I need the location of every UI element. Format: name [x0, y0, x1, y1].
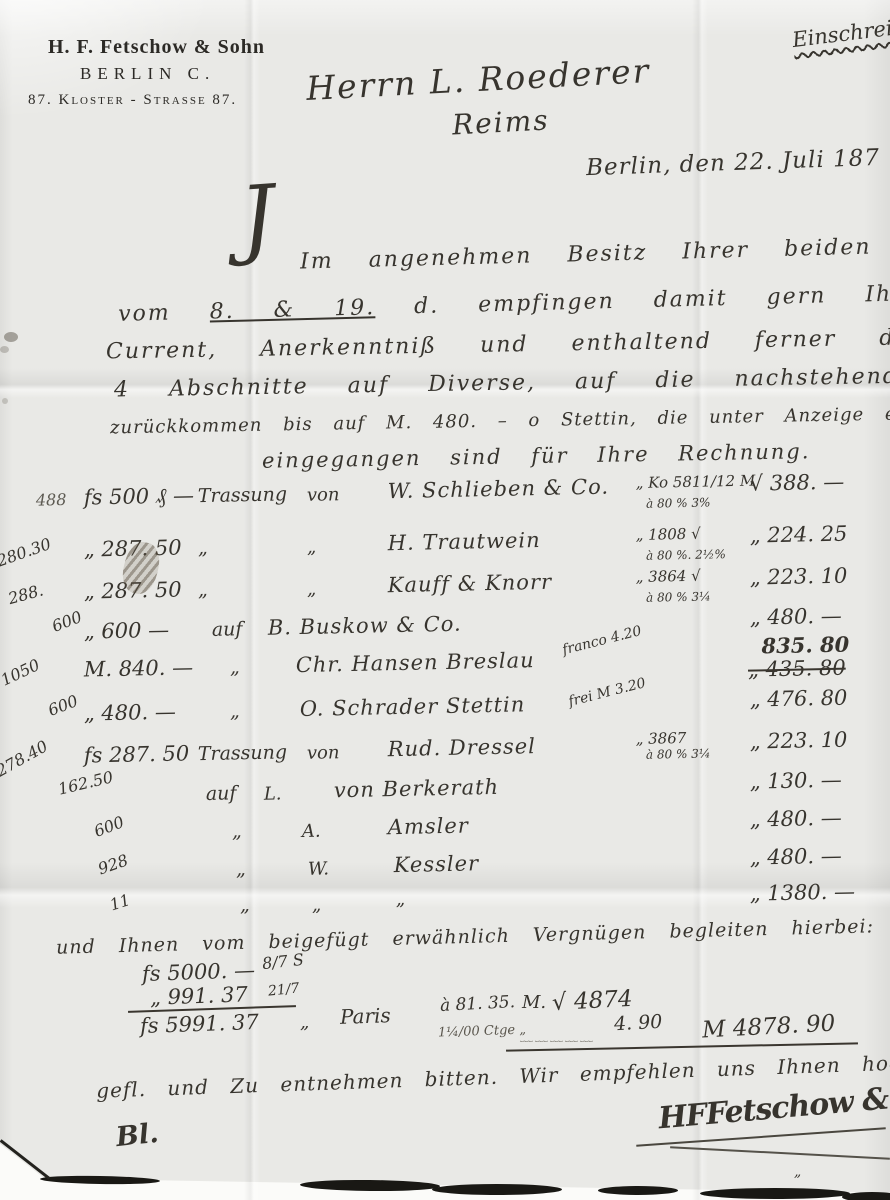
letterhead-city: BERLIN C. — [80, 64, 215, 84]
ledger-von: „ — [307, 537, 317, 558]
ledger-name: Kessler — [394, 851, 480, 877]
ledger-ref: „ 3864 √ — [635, 567, 700, 586]
calc-separator: „ — [300, 1012, 309, 1033]
ledger-margin: 488 — [36, 490, 67, 510]
ledger-kind: auf — [206, 782, 237, 805]
ledger-von: W. — [308, 858, 330, 879]
body-line-2-dates: 8. & 19. — [209, 295, 375, 324]
ledger-value: „ 480. — — [749, 844, 841, 870]
clerk-initials: Bl. — [114, 1118, 159, 1153]
scanned-letter: H. F. Fetschow & Sohn BERLIN C. 87. Klos… — [0, 0, 890, 1200]
ledger-name: „ — [396, 889, 407, 910]
calc-fee-label: 1¼/00 Ctge „ — [438, 1022, 526, 1040]
stain-left-3 — [2, 398, 8, 404]
ledger-value: „ 224. 25 — [749, 522, 847, 548]
bottom-edge-shadow — [598, 1186, 678, 1195]
ledger-kind: „ — [230, 700, 240, 722]
ledger-ref: „ 1808 √ — [635, 525, 700, 544]
calc-place: Paris — [340, 1003, 392, 1029]
ledger-value: „ 480. — — [749, 806, 841, 832]
ledger-value: „ 1380. — — [749, 879, 855, 905]
letterhead-street: 87. Kloster - Strasse 87. — [28, 92, 237, 109]
calc-total: fs 5991. 37 — [140, 1010, 260, 1038]
ledger-value: „ 130. — — [749, 768, 841, 794]
ledger-von: „ — [312, 895, 322, 916]
stain-left-1 — [4, 332, 18, 342]
edge-tick: „ — [794, 1164, 801, 1180]
ledger-kind: „ — [240, 894, 250, 916]
ledger-amount: fs 287. 50 — [84, 741, 190, 767]
stain-left-2 — [0, 346, 9, 353]
ledger-value: √ 388. — — [749, 470, 844, 496]
ledger-ref-note: à 80 %. 2½% — [646, 547, 726, 563]
ledger-margin: 280.30 — [0, 534, 53, 570]
bottom-edge-shadow — [300, 1179, 440, 1191]
body-line-2-pre: vom — [118, 300, 210, 327]
ledger-von: „ — [307, 579, 317, 600]
recipient-city: Reims — [451, 103, 550, 141]
letterhead-company: H. F. Fetschow & Sohn — [48, 36, 265, 59]
ledger-name: Kauff & Knorr — [388, 570, 553, 597]
ledger-kind: „ — [232, 820, 242, 842]
calc-currency: M. — [522, 992, 546, 1013]
ledger-value: „ 476. 80 — [749, 686, 847, 712]
calc-rate: à 81. 35. — [440, 992, 516, 1016]
ledger-von: L. — [264, 783, 282, 804]
opening-initial: J — [237, 167, 278, 269]
bottom-edge-shadow — [700, 1188, 850, 1199]
ledger-von: A. — [302, 821, 321, 842]
ledger-ref: „ Ko 5811/12 M — [635, 472, 755, 493]
ledger-amount: „ 480. — — [84, 700, 176, 726]
ledger-von: von — [307, 484, 340, 506]
ledger-ref-note: à 80 % 3¼ — [646, 589, 711, 604]
ledger-amount: M. 840. — — [84, 655, 194, 681]
ledger-name: O. Schrader Stettin — [300, 692, 526, 721]
ledger-name: B. Buskow & Co. — [268, 612, 462, 640]
ledger-kind: Trassung — [198, 483, 288, 507]
ledger-kind: Trassung — [198, 741, 288, 765]
ledger-kind: auf — [212, 618, 243, 641]
ledger-name: Chr. Hansen Breslau — [296, 648, 535, 677]
ledger-kind: „ — [230, 656, 240, 678]
calc-fee-value: 4. 90 — [613, 1011, 662, 1036]
ledger-value-corrected: 835. 80 — [761, 632, 849, 659]
ledger-value: „ 223. 10 — [749, 564, 847, 590]
calc-converted: √ 4874 — [551, 986, 633, 1016]
ledger-kind: „ — [198, 579, 208, 601]
ledger-kind: „ — [236, 858, 246, 880]
ledger-name: W. Schlieben & Co. — [388, 475, 610, 504]
ledger-value-struck: „ 435. 80 — [748, 656, 846, 682]
ledger-margin: 1050 — [0, 655, 43, 690]
calc-amount-2: „ 991. 37 — [150, 982, 248, 1009]
ledger-name: H. Trautwein — [388, 528, 541, 555]
ledger-name: von Berkerath — [334, 775, 500, 802]
ledger-margin: 288. — [6, 580, 45, 608]
ledger-name: Rud. Dressel — [388, 734, 537, 761]
ledger-ref-note: à 80 % 3% — [646, 495, 711, 510]
bottom-edge-shadow — [432, 1184, 562, 1195]
ledger-margin: 11 — [107, 890, 132, 914]
ledger-von: von — [307, 742, 340, 764]
ledger-value: „ 480. — — [749, 604, 841, 630]
calc-date-2: 21/7 — [267, 980, 300, 999]
bottom-edge-shadow — [842, 1192, 890, 1200]
ledger-amount: „ 600 — — [84, 618, 170, 644]
ledger-amount: fs 500 ₰ — — [84, 483, 195, 510]
ledger-ref: „ 3867 — [635, 729, 686, 748]
ledger-kind: „ — [198, 537, 208, 559]
ledger-ref-note: à 80 % 3¼ — [646, 746, 711, 761]
ledger-name: Amsler — [388, 814, 470, 840]
calc-fee-wave: ﹏﹏﹏﹏﹏ — [520, 1026, 595, 1045]
ledger-value: „ 223. 10 — [749, 728, 847, 754]
